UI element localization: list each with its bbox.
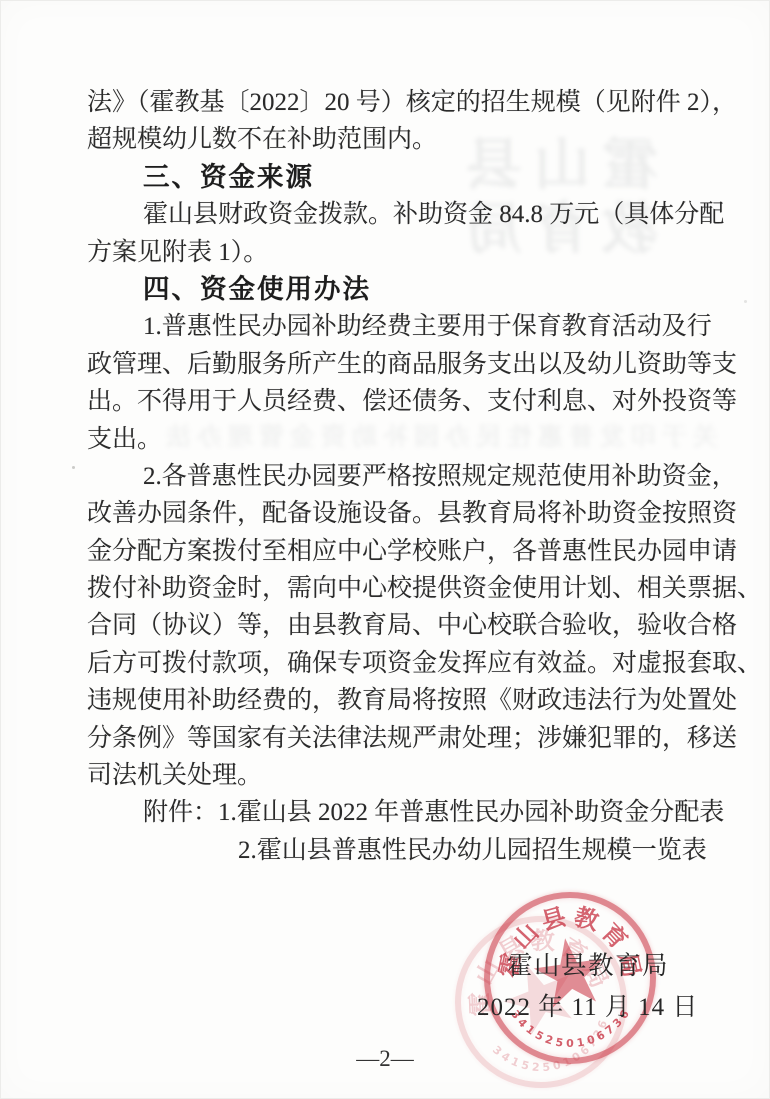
signature-date: 2022 年 11 月 14 日 [477,987,698,1023]
signature-org: 霍山县教育局 [507,946,669,982]
doc-line: 合同（协议）等，由县教育局、中心校联合验收，验收合格 [87,607,703,644]
doc-line: 法》（霍教基〔2022〕20 号）核定的招生规模（见附件 2）， [87,84,703,121]
document-body: 法》（霍教基〔2022〕20 号）核定的招生规模（见附件 2）， 超规模幼儿数不… [87,84,703,869]
section-heading-3: 三、资金来源 [87,159,703,196]
doc-line: 政管理、后勤服务所产生的商品服务支出以及幼儿资助等支 [87,346,703,383]
doc-line: 支出。 [87,421,703,458]
doc-line: 违规使用补助经费的，教育局将按照《财政违法行为处置处 [87,682,703,719]
doc-line: 超规模幼儿数不在补助范围内。 [87,121,703,158]
doc-line: 后方可拨付款项，确保专项资金发挥应有效益。对虚报套取、 [87,645,703,682]
scan-speck [72,466,75,469]
doc-line: 改善办园条件，配备设施设备。县教育局将补助资金按照资 [87,495,703,532]
page-number: —2— [0,1046,770,1072]
doc-line: 2.各普惠性民办园要严格按照规定规范使用补助资金， [87,458,703,495]
scan-speck [744,300,747,303]
doc-line: 出。不得用于人员经费、偿还债务、支付利息、对外投资等 [87,383,703,420]
doc-line: 拨付补助资金时，需向中心校提供资金使用计划、相关票据、 [87,570,703,607]
document-page: 霍山县 教育局 关于印发普惠性民办园补助资金管理办法 法》（霍教基〔2022〕2… [0,0,770,1099]
doc-line: 分条例》等国家有关法律法规严肃处理；涉嫌犯罪的，移送 [87,720,703,757]
doc-line: 金分配方案拨付至相应中心学校账户，各普惠性民办园申请 [87,533,703,570]
attachment-line-1: 附件：1.霍山县 2022 年普惠性民办园补助资金分配表 [87,794,703,831]
section-heading-4: 四、资金使用办法 [87,271,703,308]
doc-line: 霍山县财政资金拨款。补助资金 84.8 万元（具体分配 [87,196,703,233]
doc-line: 1.普惠性民办园补助经费主要用于保育教育活动及行 [87,308,703,345]
doc-line: 方案见附表 1）。 [87,234,703,271]
attachment-line-2: 2.霍山县普惠性民办幼儿园招生规模一览表 [87,832,703,869]
doc-line: 司法机关处理。 [87,757,703,794]
